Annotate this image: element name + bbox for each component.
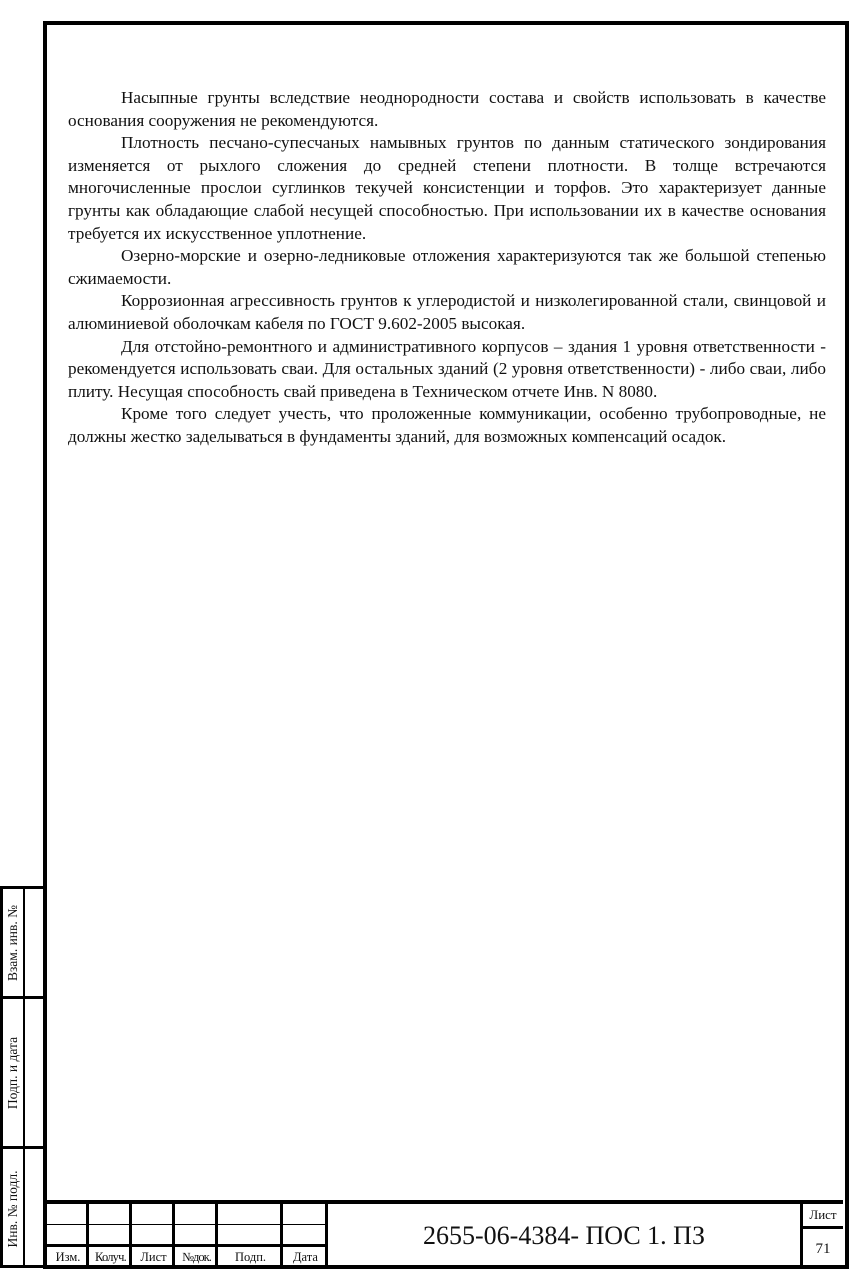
paragraph-corrosion: Коррозионная агрессивность грунтов к угл… xyxy=(68,290,826,335)
side-label-replacement-inv: Взам. инв. № xyxy=(5,904,21,980)
document-body: Насыпные грунты вследствие неоднородност… xyxy=(68,87,826,449)
column-label-change: Изм. xyxy=(47,1250,89,1265)
side-cell-replacement-inv: Взам. инв. № xyxy=(3,889,43,999)
column-label-sheet: Лист xyxy=(132,1250,175,1265)
paragraph-density: Плотность песчано-супесчаных намывных гр… xyxy=(68,132,826,245)
side-label-original-inv: Инв. № подл. xyxy=(5,1170,21,1247)
column-label-signature: Подп. xyxy=(218,1250,283,1265)
sheet-box: Лист 71 xyxy=(803,1204,843,1268)
title-block: Изм. Колуч. Лист №док. Подп. Дата 2655-0… xyxy=(47,1200,843,1268)
side-approval-strip: Взам. инв. № Подп. и дата Инв. № подл. xyxy=(0,886,43,1268)
side-cell-signature-date: Подп. и дата xyxy=(3,999,43,1149)
paragraph-lake-deposits: Озерно-морские и озерно-ледниковые отлож… xyxy=(68,245,826,290)
side-cell-original-inv: Инв. № подл. xyxy=(3,1149,43,1268)
paragraph-foundations: Для отстойно-ремонтного и административн… xyxy=(68,336,826,404)
paragraph-communications: Кроме того следует учесть, что проложенн… xyxy=(68,403,826,448)
sheet-label: Лист xyxy=(803,1204,843,1229)
side-label-signature-date: Подп. и дата xyxy=(5,1036,21,1108)
sheet-number: 71 xyxy=(803,1229,843,1268)
paragraph-fill-soils: Насыпные грунты вследствие неоднородност… xyxy=(68,87,826,132)
column-label-doc-number: №док. xyxy=(175,1250,218,1265)
column-label-date: Дата xyxy=(283,1250,328,1265)
document-code: 2655-06-4384- ПОС 1. ПЗ xyxy=(328,1204,803,1268)
column-label-count: Колуч. xyxy=(89,1250,132,1265)
revision-grid: Изм. Колуч. Лист №док. Подп. Дата xyxy=(47,1204,325,1268)
